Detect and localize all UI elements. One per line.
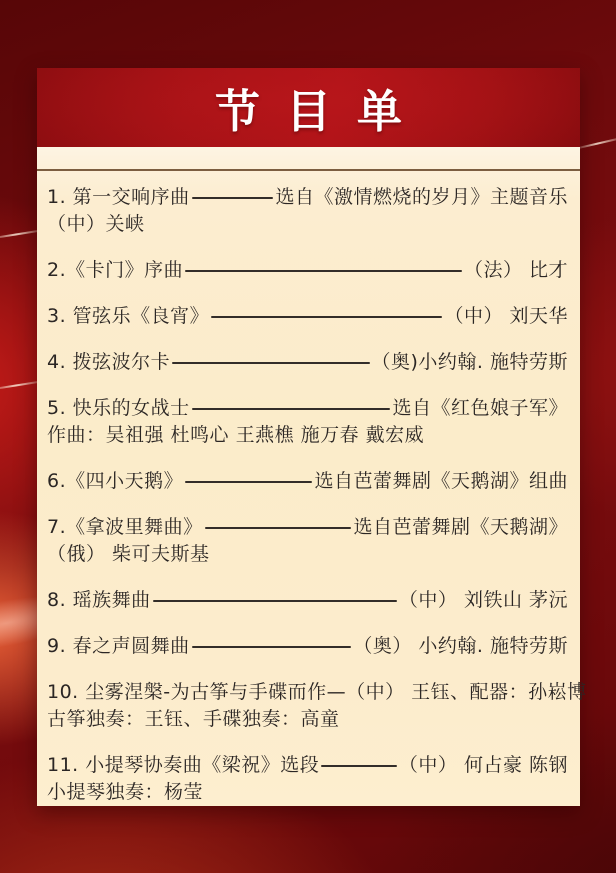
- item-title: 7.《拿波里舞曲》: [47, 514, 203, 541]
- item-attribution: 选自芭蕾舞剧《天鹅湖》: [353, 514, 568, 541]
- poster-background: { "program": { "title": "节目单", "items": …: [0, 0, 616, 873]
- item-title: 11. 小提琴协奏曲《梁祝》选段: [47, 752, 319, 779]
- program-item: 4. 拨弦波尔卡（奥)小约翰. 施特劳斯: [47, 349, 568, 376]
- item-title: 2.《卡门》序曲: [47, 257, 183, 284]
- card-top-rule: [37, 169, 580, 171]
- program-item: 6.《四小天鹅》选自芭蕾舞剧《天鹅湖》组曲: [47, 468, 568, 495]
- program-banner: 节目单: [37, 68, 580, 147]
- poster-title: 节目单: [215, 75, 428, 140]
- program-poster: 节目单 1. 第一交响序曲选自《激情燃烧的岁月》主题音乐（中）关峡2.《卡门》序…: [37, 68, 580, 806]
- item-attribution: 选自芭蕾舞剧《天鹅湖》组曲: [314, 468, 568, 495]
- item-note: 古筝独奏：王钰、手碟独奏：高童: [47, 706, 568, 733]
- item-note: （俄） 柴可夫斯基: [47, 541, 568, 568]
- program-item: 11. 小提琴协奏曲《梁祝》选段（中） 何占豪 陈钢小提琴独奏：杨莹: [47, 752, 568, 806]
- item-title: 10. 尘雾涅槃-为古筝与手碟而作—（中） 王钰、配器：孙崧博: [47, 679, 587, 706]
- item-title: 5. 快乐的女战士: [47, 395, 190, 422]
- program-item: 3. 管弦乐《良宵》（中） 刘天华: [47, 303, 568, 330]
- item-attribution: （奥） 小约翰. 施特劳斯: [353, 633, 568, 660]
- program-item: 5. 快乐的女战士选自《红色娘子军》作曲：吴祖强 杜鸣心 王燕樵 施万春 戴宏威: [47, 395, 568, 449]
- program-item: 9. 春之声圆舞曲（奥） 小约翰. 施特劳斯: [47, 633, 568, 660]
- item-attribution: （中） 刘铁山 茅沅: [399, 587, 568, 614]
- item-attribution: 选自《激情燃烧的岁月》主题音乐: [275, 184, 568, 211]
- item-note: （中）关峡: [47, 211, 568, 238]
- item-title: 3. 管弦乐《良宵》: [47, 303, 209, 330]
- program-item: 8. 瑶族舞曲（中） 刘铁山 茅沅: [47, 587, 568, 614]
- item-title: 6.《四小天鹅》: [47, 468, 183, 495]
- program-item: 10. 尘雾涅槃-为古筝与手碟而作—（中） 王钰、配器：孙崧博古筝独奏：王钰、手…: [47, 679, 568, 733]
- item-attribution: （中） 刘天华: [444, 303, 568, 330]
- item-note: 作曲：吴祖强 杜鸣心 王燕樵 施万春 戴宏威: [47, 422, 568, 449]
- item-attribution: （奥)小约翰. 施特劳斯: [372, 349, 569, 376]
- item-attribution: 选自《红色娘子军》: [392, 395, 568, 422]
- program-list: 1. 第一交响序曲选自《激情燃烧的岁月》主题音乐（中）关峡2.《卡门》序曲（法）…: [47, 184, 568, 806]
- program-card: 1. 第一交响序曲选自《激情燃烧的岁月》主题音乐（中）关峡2.《卡门》序曲（法）…: [37, 147, 580, 806]
- item-title: 9. 春之声圆舞曲: [47, 633, 190, 660]
- item-note: 小提琴独奏：杨莹: [47, 779, 568, 806]
- program-item: 7.《拿波里舞曲》选自芭蕾舞剧《天鹅湖》（俄） 柴可夫斯基: [47, 514, 568, 568]
- program-item: 2.《卡门》序曲（法） 比才: [47, 257, 568, 284]
- item-title: 4. 拨弦波尔卡: [47, 349, 170, 376]
- program-item: 1. 第一交响序曲选自《激情燃烧的岁月》主题音乐（中）关峡: [47, 184, 568, 238]
- item-attribution: （中） 何占豪 陈钢: [399, 752, 568, 779]
- item-attribution: （法） 比才: [464, 257, 568, 284]
- item-title: 1. 第一交响序曲: [47, 184, 190, 211]
- item-title: 8. 瑶族舞曲: [47, 587, 151, 614]
